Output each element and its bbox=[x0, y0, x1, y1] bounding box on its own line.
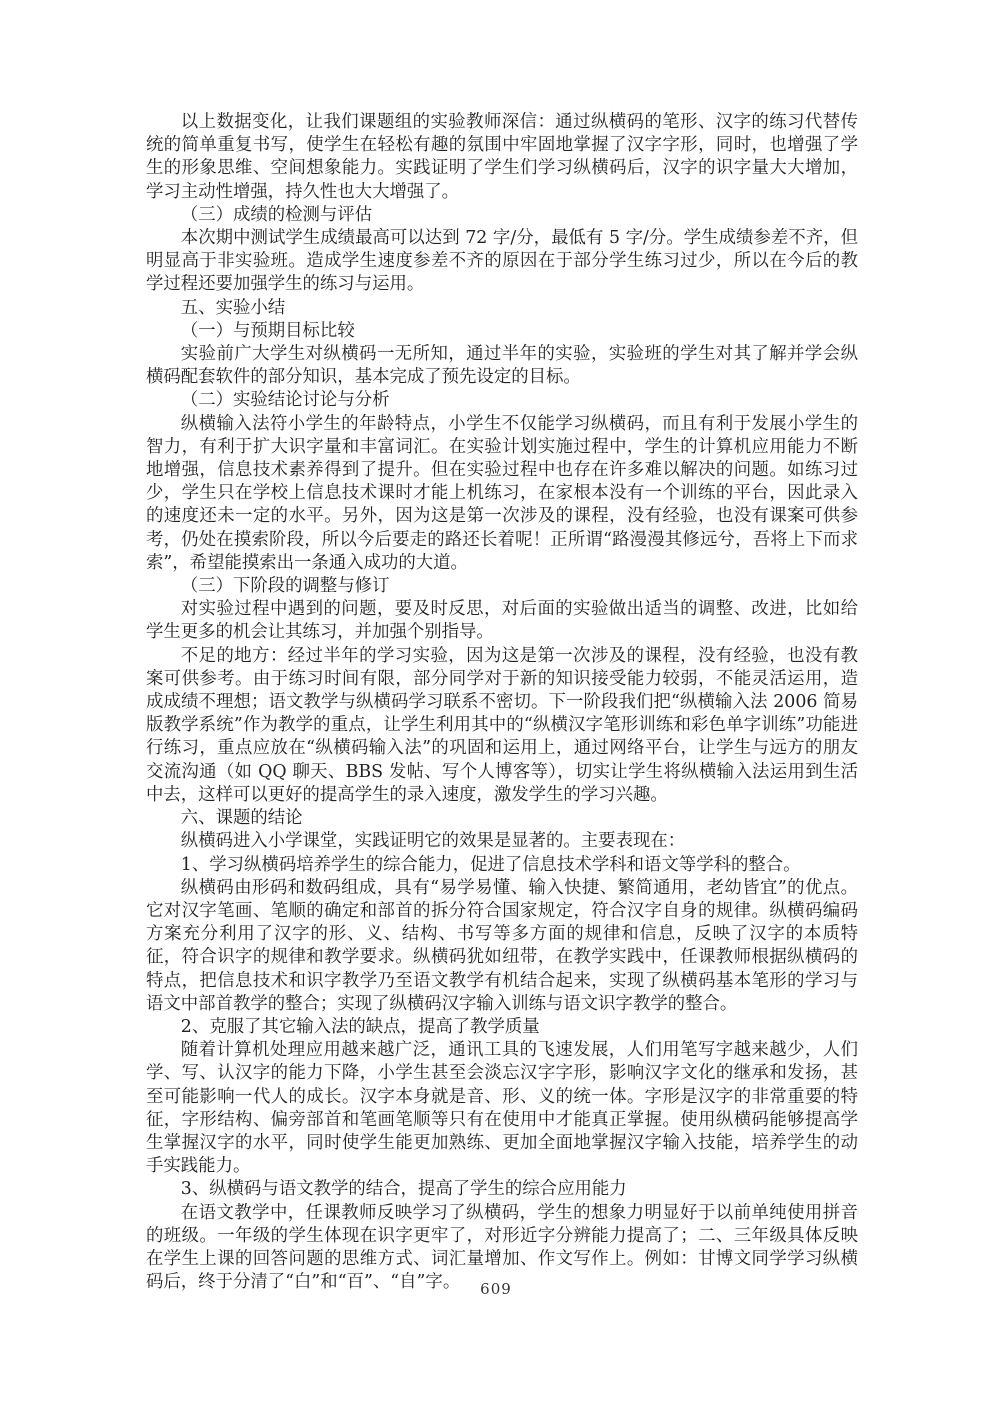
document-text-block: 以上数据变化，让我们课题组的实验教师深信：通过纵横码的笔形、汉字的练习代替传统的… bbox=[146, 111, 858, 1294]
heading-next-stage-adjustment: （三）下阶段的调整与修订 bbox=[146, 575, 858, 598]
heading-project-conclusion: 六、课题的结论 bbox=[146, 807, 858, 830]
body-paragraph: 纵横输入法符小学生的年龄特点，小学生不仅能学习纵横码，而且有利于发展小学生的智力… bbox=[146, 413, 858, 575]
numbered-point-1: 1、学习纵横码培养学生的综合能力，促进了信息技术学科和语文等学科的整合。 bbox=[146, 854, 858, 877]
body-paragraph: 不足的地方：经过半年的学习实验，因为这是第一次涉及的课程，没有经验，也没有教案可… bbox=[146, 645, 858, 807]
body-paragraph: 纵横码由形码和数码组成，具有“易学易懂、输入快捷、繁简通用，老幼皆宜”的优点。它… bbox=[146, 877, 858, 1016]
numbered-point-2: 2、克服了其它输入法的缺点，提高了教学质量 bbox=[146, 1016, 858, 1039]
body-paragraph: 随着计算机处理应用越来越广泛，通讯工具的飞速发展，人们用笔写字越来越少，人们学、… bbox=[146, 1039, 858, 1178]
document-page: 以上数据变化，让我们课题组的实验教师深信：通过纵横码的笔形、汉字的练习代替传统的… bbox=[0, 0, 992, 1403]
numbered-point-3: 3、纵横码与语文教学的结合，提高了学生的综合应用能力 bbox=[146, 1178, 858, 1201]
body-paragraph: 本次期中测试学生成绩最高可以达到 72 字/分，最低有 5 字/分。学生成绩参差… bbox=[146, 227, 858, 297]
body-paragraph: 对实验过程中遇到的问题，要及时反思，对后面的实验做出适当的调整、改进，比如给学生… bbox=[146, 598, 858, 644]
body-paragraph: 实验前广大学生对纵横码一无所知，通过半年的实验，实验班的学生对其了解并学会纵横码… bbox=[146, 343, 858, 389]
heading-score-evaluation: （三）成绩的检测与评估 bbox=[146, 204, 858, 227]
heading-expected-goals-comparison: （一）与预期目标比较 bbox=[146, 320, 858, 343]
heading-conclusion-discussion: （二）实验结论讨论与分析 bbox=[146, 389, 858, 412]
body-paragraph: 以上数据变化，让我们课题组的实验教师深信：通过纵横码的笔形、汉字的练习代替传统的… bbox=[146, 111, 858, 204]
body-paragraph: 纵横码进入小学课堂，实践证明它的效果是显著的。主要表现在： bbox=[146, 830, 858, 853]
page-number: 609 bbox=[146, 1280, 846, 1298]
heading-experiment-summary: 五、实验小结 bbox=[146, 297, 858, 320]
